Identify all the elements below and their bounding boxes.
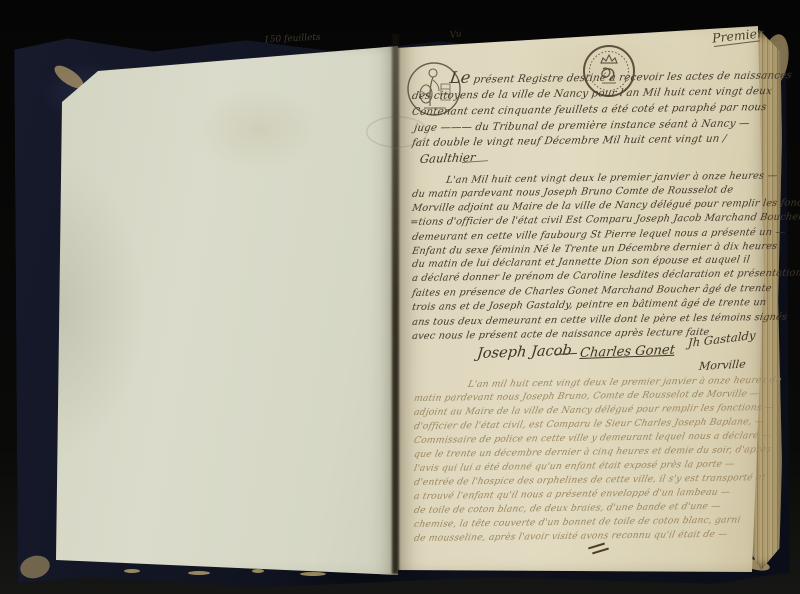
book-gutter <box>392 34 399 574</box>
vu-mark: Vu <box>449 29 462 41</box>
pencil-note: 150 feuillets <box>264 33 321 46</box>
cover-wear-mark <box>124 569 140 573</box>
register-scan: 150 feuillets Vu Premier <box>0 0 800 594</box>
signature-gaulthier: Gaulthier <box>419 150 476 166</box>
cover-wear-mark <box>300 572 326 576</box>
cover-wear-mark <box>252 569 264 573</box>
page-left-blank <box>48 38 398 575</box>
continuation-mark <box>588 545 612 557</box>
drop-initial: Le <box>449 68 472 87</box>
signature-morville: Morville <box>698 358 746 373</box>
signature-joseph-jacob: Joseph Jacob <box>476 343 572 362</box>
cover-wear-mark <box>188 571 210 575</box>
